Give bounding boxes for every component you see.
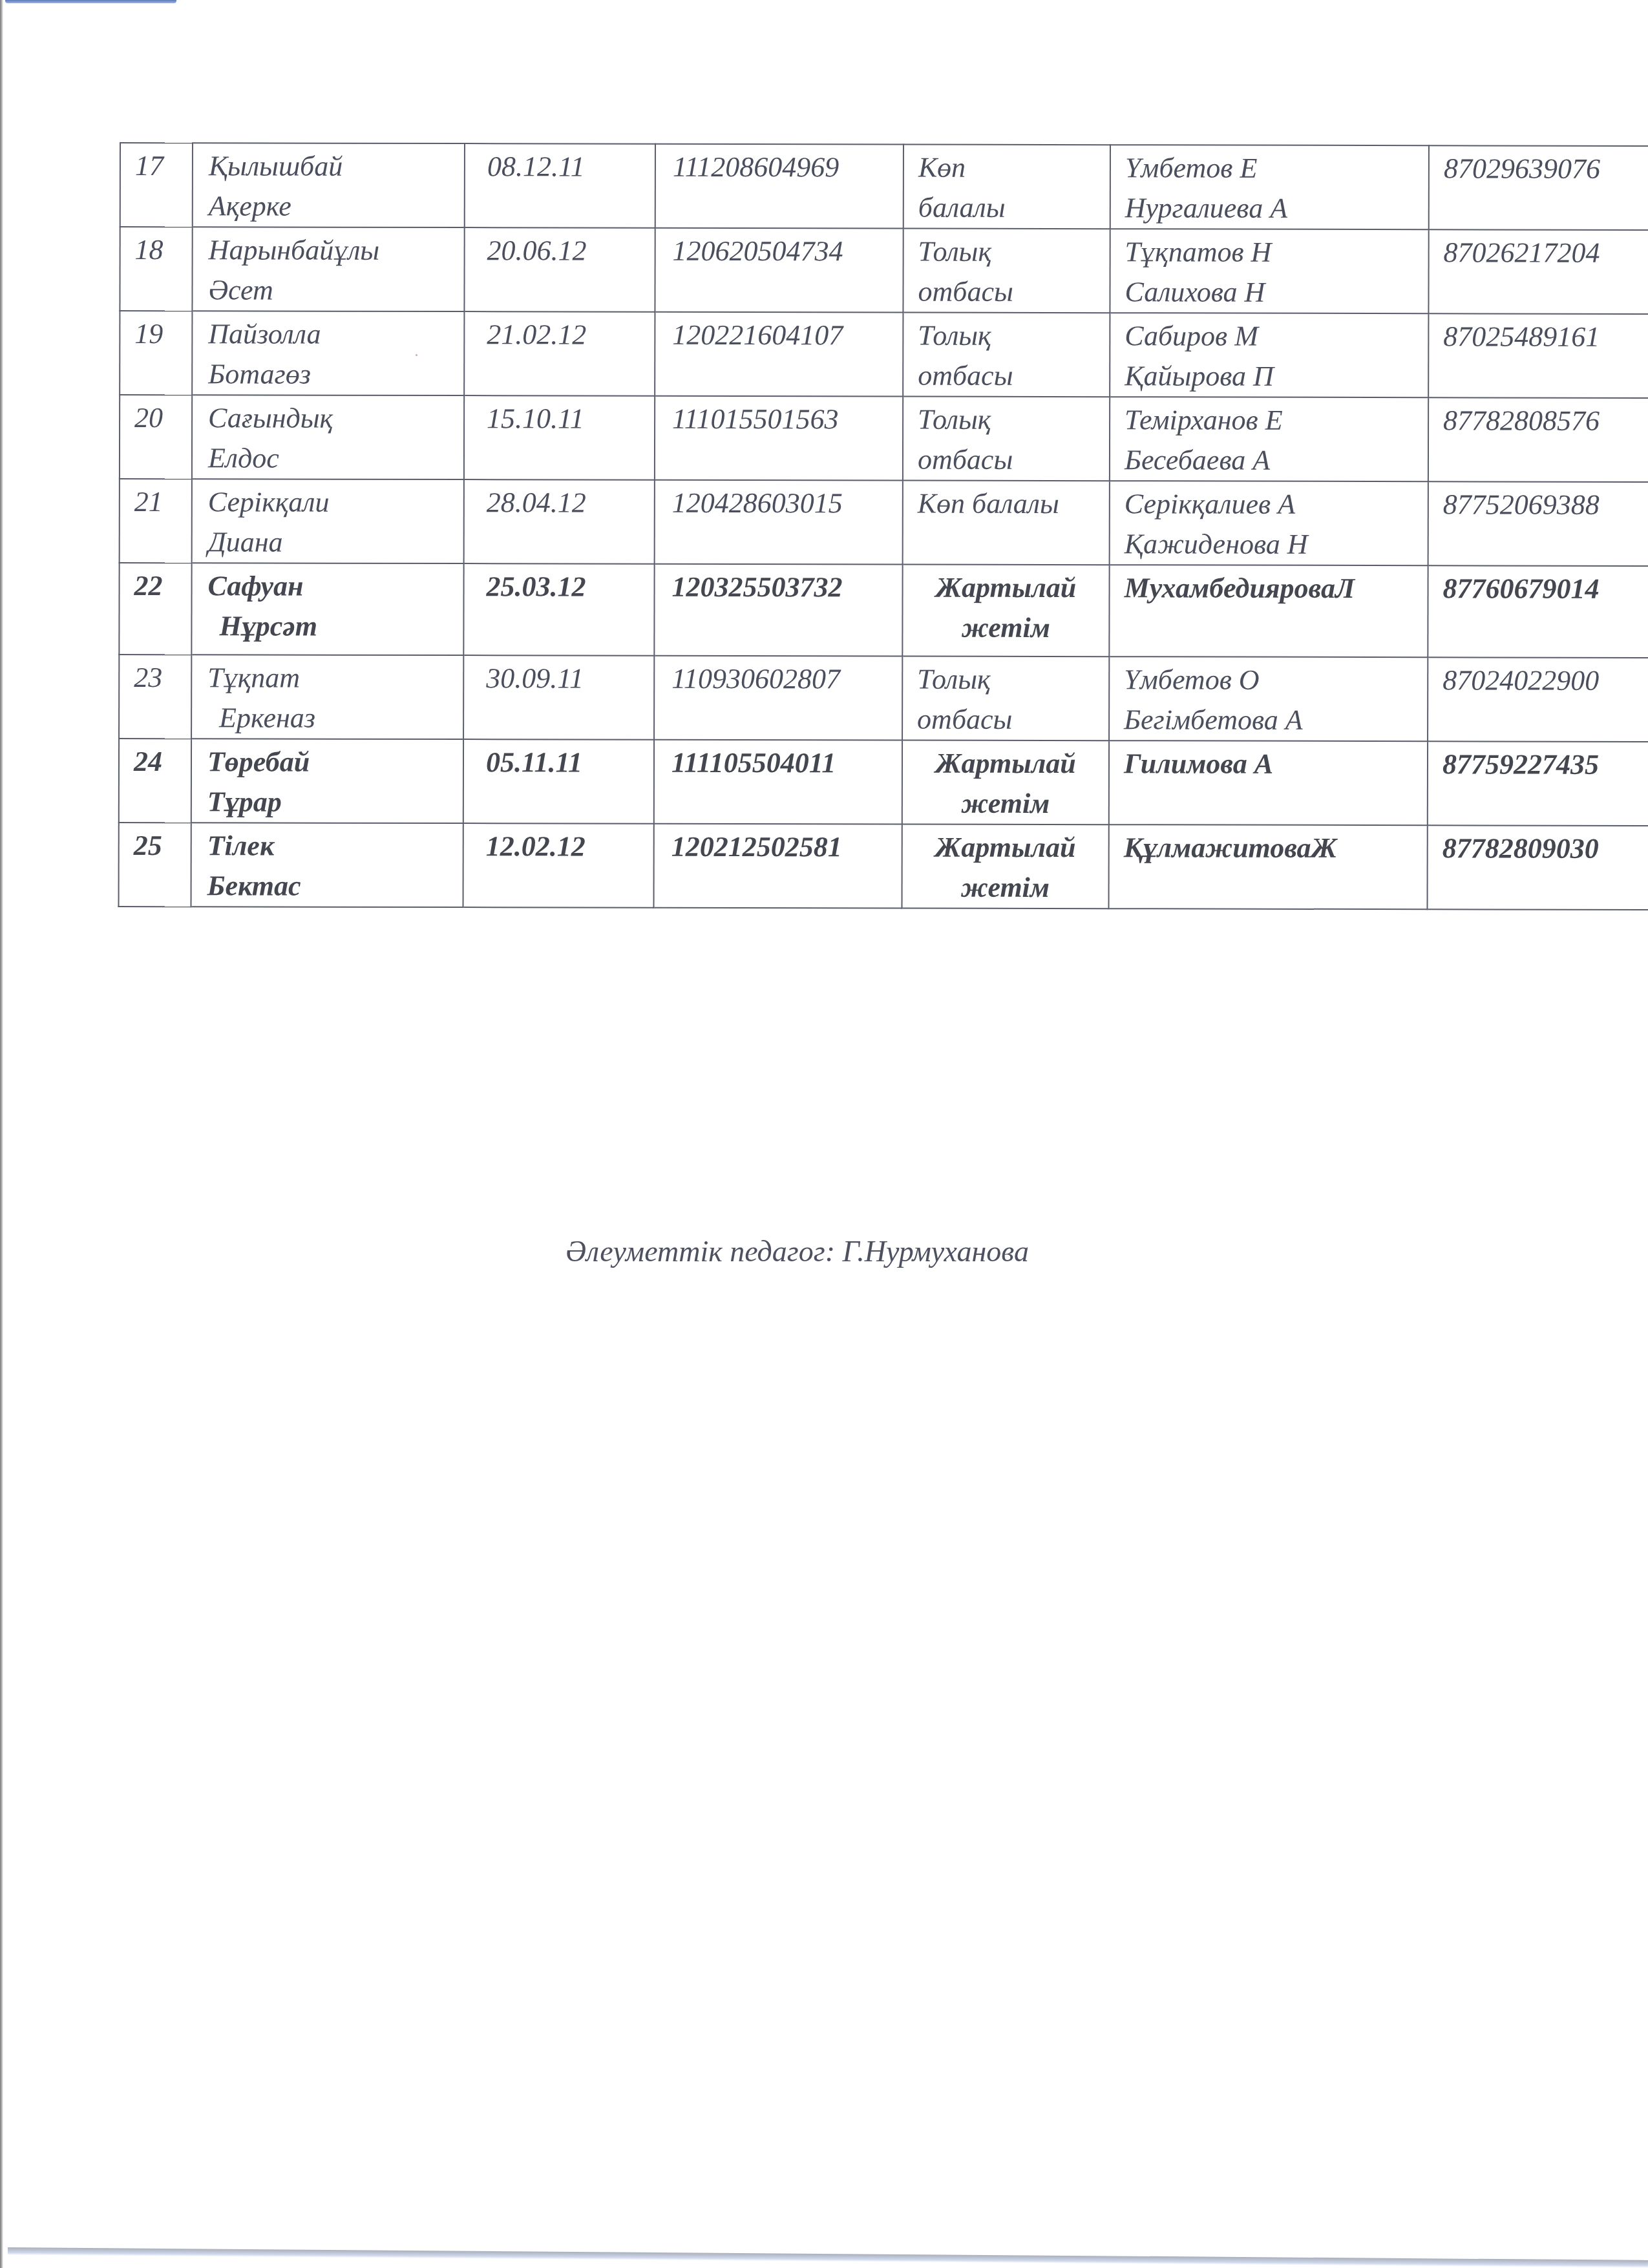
family-status-line: отбасы bbox=[918, 272, 1104, 313]
student-name: ТұқпатЕркеназ bbox=[191, 655, 463, 739]
family-status: Толықотбасы bbox=[903, 313, 1110, 397]
student-name: СағындықЕлдос bbox=[192, 395, 464, 479]
iin-number: 120325503732 bbox=[654, 564, 902, 656]
parent-names-line: ҚұлмажитоваЖ bbox=[1124, 828, 1422, 868]
student-name-line: Әсет bbox=[208, 270, 458, 311]
student-roster-table: 17ҚылышбайАқерке08.12.11111208604969Көпб… bbox=[118, 142, 1648, 910]
table-row: 25ТілекБектас12.02.12120212502581Жартыла… bbox=[119, 823, 1648, 910]
parent-names-line: МухамбедияроваЛ bbox=[1124, 568, 1422, 609]
student-name: НарынбайұлыӘсет bbox=[192, 227, 464, 311]
parent-names-line: Қажиденова Н bbox=[1125, 524, 1422, 565]
student-name-line: Пайзолла bbox=[208, 314, 458, 355]
family-status-line: Толық bbox=[918, 316, 1104, 357]
family-status: Жартылайжетім bbox=[902, 740, 1109, 825]
parent-names-line: Үмбетов О bbox=[1124, 660, 1422, 700]
row-number: 18 bbox=[120, 227, 192, 311]
birth-date: 28.04.12 bbox=[464, 479, 655, 564]
phone-number: 87759227435 bbox=[1428, 741, 1648, 826]
student-name-line: Сағындық bbox=[208, 398, 458, 439]
roster-body: 17ҚылышбайАқерке08.12.11111208604969Көпб… bbox=[119, 143, 1648, 910]
student-name-line: Ақерке bbox=[209, 186, 459, 227]
student-name-line: Тұрар bbox=[207, 782, 458, 823]
iin-number: 120212502581 bbox=[654, 824, 902, 908]
iin-number: 111105504011 bbox=[654, 740, 902, 824]
student-name-line: Серікқали bbox=[208, 482, 458, 523]
signature-line: Әлеуметтік педагог: Г.Нурмуханова bbox=[565, 1234, 1029, 1268]
parent-names: Үмбетов ОБегімбетова А bbox=[1109, 656, 1428, 741]
student-name-line: Тұқпат bbox=[207, 658, 458, 698]
parent-names-line: Үмбетов Е bbox=[1125, 148, 1423, 189]
parent-names-line: Гилимова А bbox=[1124, 744, 1422, 784]
phone-number: 87029639076 bbox=[1429, 145, 1648, 230]
student-name-line: Бектас bbox=[207, 866, 458, 907]
family-status-line: Көп балалы bbox=[918, 484, 1104, 525]
phone-number: 87024022900 bbox=[1428, 657, 1648, 742]
birth-date: 25.03.12 bbox=[463, 563, 654, 656]
parent-names: Гилимова А bbox=[1109, 740, 1428, 825]
birth-date: 12.02.12 bbox=[463, 823, 654, 908]
family-status-line: жетім bbox=[908, 868, 1103, 908]
family-status-line: Көп bbox=[918, 148, 1104, 189]
parent-names-line: Салихова Н bbox=[1125, 272, 1422, 313]
table-row: 17ҚылышбайАқерке08.12.11111208604969Көпб… bbox=[120, 143, 1648, 230]
student-name-line: Тілек bbox=[207, 826, 458, 866]
family-status-line: Жартылай bbox=[908, 744, 1103, 784]
table-row: 19ПайзоллаБотагөз21.02.12120221604107Тол… bbox=[120, 311, 1648, 398]
family-status: Көп балалы bbox=[903, 481, 1110, 565]
iin-number: 120428603015 bbox=[655, 480, 903, 565]
parent-names-line: Тұқпатов Н bbox=[1125, 232, 1423, 273]
student-name: ҚылышбайАқерке bbox=[193, 143, 465, 227]
parent-names-line: Темірханов Е bbox=[1125, 400, 1422, 441]
family-status-line: Толық bbox=[918, 400, 1104, 441]
parent-names: Тұқпатов НСалихова Н bbox=[1110, 229, 1428, 313]
family-status-line: балалы bbox=[918, 188, 1104, 229]
birth-date: 30.09.11 bbox=[463, 655, 654, 740]
family-status-line: отбасы bbox=[918, 440, 1104, 481]
student-name-line: Қылышбай bbox=[209, 146, 459, 187]
phone-number: 87752069388 bbox=[1428, 481, 1648, 566]
iin-number: 120620504734 bbox=[655, 228, 903, 313]
phone-number: 87760679014 bbox=[1428, 565, 1648, 658]
phone-number: 87782809030 bbox=[1428, 825, 1648, 910]
parent-names-line: Қайырова П bbox=[1125, 356, 1422, 397]
family-status: Толықотбасы bbox=[903, 397, 1110, 481]
birth-date: 15.10.11 bbox=[464, 395, 655, 480]
row-number: 17 bbox=[120, 143, 193, 227]
table-row: 22СафуанНұрсәт25.03.12120325503732Жартыл… bbox=[119, 563, 1648, 658]
phone-number: 87782808576 bbox=[1428, 397, 1648, 482]
row-number: 20 bbox=[120, 395, 192, 479]
scan-edge-left bbox=[0, 0, 3, 2268]
parent-names-line: Бегімбетова А bbox=[1124, 700, 1422, 740]
student-name: СафуанНұрсәт bbox=[191, 563, 463, 655]
family-status-line: отбасы bbox=[917, 700, 1103, 740]
family-status: Толықотбасы bbox=[903, 229, 1110, 313]
family-status-line: Жартылай bbox=[908, 828, 1103, 868]
scan-edge-top bbox=[5, 0, 176, 3]
student-name-line: Еркеназ bbox=[207, 698, 458, 739]
row-number: 21 bbox=[120, 479, 192, 563]
phone-number: 87025489161 bbox=[1428, 313, 1648, 398]
table-row: 21СерікқалиДиана28.04.12120428603015Көп … bbox=[120, 479, 1648, 566]
family-status-line: Толық bbox=[917, 660, 1103, 700]
student-name-line: Төребай bbox=[207, 742, 458, 782]
family-status-line: жетім bbox=[908, 784, 1103, 824]
student-name-line: Нұрсәт bbox=[207, 606, 458, 647]
student-name: СерікқалиДиана bbox=[192, 479, 464, 563]
birth-date: 08.12.11 bbox=[465, 143, 655, 228]
birth-date: 21.02.12 bbox=[464, 311, 655, 396]
parent-names: Серікқалиев АҚажиденова Н bbox=[1110, 481, 1428, 565]
family-status-line: Толық bbox=[918, 232, 1104, 273]
student-name: ПайзоллаБотагөз bbox=[192, 311, 464, 395]
family-status: Жартылайжетім bbox=[902, 824, 1109, 909]
iin-number: 111208604969 bbox=[655, 144, 903, 229]
family-status: Жартылайжетім bbox=[902, 565, 1109, 657]
table-row: 20СағындықЕлдос15.10.11111015501563Толық… bbox=[120, 395, 1648, 482]
birth-date: 05.11.11 bbox=[463, 739, 654, 824]
row-number: 19 bbox=[120, 311, 192, 395]
family-status-line: Жартылай bbox=[908, 568, 1103, 609]
parent-names: МухамбедияроваЛ bbox=[1109, 565, 1428, 657]
table-row: 24ТөребайТұрар05.11.11111105504011Жартыл… bbox=[119, 739, 1648, 826]
parent-names-line: Бесебаева А bbox=[1125, 440, 1422, 481]
row-number: 22 bbox=[119, 563, 191, 655]
scan-edge-bottom bbox=[8, 2247, 1648, 2268]
parent-names: ҚұлмажитоваЖ bbox=[1109, 824, 1428, 909]
iin-number: 110930602807 bbox=[654, 656, 902, 740]
student-name: ТөребайТұрар bbox=[191, 739, 463, 823]
student-name-line: Сафуан bbox=[207, 566, 458, 607]
student-name: ТілекБектас bbox=[191, 823, 463, 907]
row-number: 24 bbox=[119, 739, 191, 823]
student-name-line: Елдос bbox=[208, 438, 458, 479]
birth-date: 20.06.12 bbox=[464, 227, 655, 312]
family-status: Толықотбасы bbox=[902, 656, 1109, 741]
row-number: 25 bbox=[119, 823, 191, 907]
parent-names: Үмбетов ЕНургалиева А bbox=[1110, 145, 1429, 229]
table-row: 23ТұқпатЕркеназ30.09.11110930602807Толық… bbox=[119, 655, 1648, 742]
parent-names: Сабиров МҚайырова П bbox=[1110, 313, 1428, 397]
student-name-line: Ботагөз bbox=[208, 354, 458, 395]
student-name-line: Нарынбайұлы bbox=[209, 230, 459, 271]
row-number: 23 bbox=[119, 655, 191, 739]
iin-number: 120221604107 bbox=[655, 312, 903, 397]
parent-names-line: Сабиров М bbox=[1125, 316, 1422, 357]
family-status-line: отбасы bbox=[918, 356, 1104, 397]
table-row: 18НарынбайұлыӘсет20.06.12120620504734Тол… bbox=[120, 227, 1648, 314]
iin-number: 111015501563 bbox=[655, 396, 903, 481]
family-status-line: жетім bbox=[908, 608, 1103, 649]
parent-names-line: Нургалиева А bbox=[1125, 188, 1423, 229]
parent-names-line: Серікқалиев А bbox=[1125, 484, 1422, 525]
family-status: Көпбалалы bbox=[903, 145, 1110, 229]
phone-number: 87026217204 bbox=[1428, 229, 1648, 314]
parent-names: Темірханов ЕБесебаева А bbox=[1110, 397, 1428, 481]
student-name-line: Диана bbox=[208, 522, 458, 563]
